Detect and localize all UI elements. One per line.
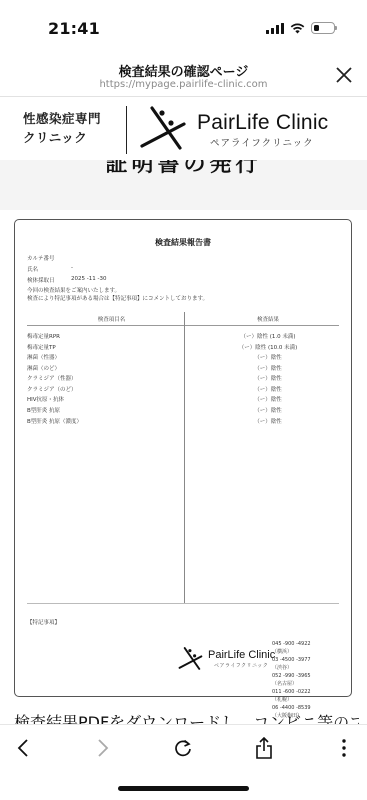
phone-entry: 011 -600 -0222（札幌） <box>272 688 351 704</box>
test-item-name: クラミジア（のど） <box>27 385 77 393</box>
table-row: クラミジア（のど） （ー）陰性 <box>27 385 339 395</box>
test-result: （ー）陰性 <box>197 395 339 403</box>
share-icon <box>255 737 273 759</box>
report-document: 検査結果報告書 カルテ番号 氏名 - 検体採取日 2025 -11 -30 今回… <box>14 219 352 697</box>
test-item-name: B型肝炎 抗原（濃度） <box>27 417 82 425</box>
phone-number: 06 -4400 -8539 <box>272 704 314 712</box>
phone-number: 011 -600 -0222 <box>272 688 314 696</box>
footer-logo-icon <box>178 647 206 671</box>
phone-number: 045 -900 -4922 <box>272 640 314 648</box>
test-item-name: 淋菌（のど） <box>27 364 60 372</box>
table-row: 淋菌（性器） （ー）陰性 <box>27 353 339 363</box>
phone-location: （名古屋） <box>272 680 314 688</box>
test-result: （ー）陰性 <box>197 417 339 425</box>
status-icons <box>266 22 335 34</box>
forward-button[interactable] <box>88 735 118 761</box>
column-header-result: 検査結果 <box>197 315 339 323</box>
phone-number: 03 -4500 -3977 <box>272 656 314 664</box>
name-label: 氏名 <box>27 265 38 273</box>
clinic-tagline: 性感染症専門 クリニック <box>23 109 101 147</box>
back-button[interactable] <box>8 735 38 761</box>
header-divider <box>126 106 127 154</box>
tagline-line-2: クリニック <box>23 128 101 147</box>
phone-location: （横浜） <box>272 648 314 656</box>
phone-location: （札幌） <box>272 696 314 704</box>
phone-number: 052 -990 -3965 <box>272 672 314 680</box>
test-item-name: 淋菌（性器） <box>27 353 60 361</box>
phone-entry: 03 -4500 -3977（渋谷） <box>272 656 351 672</box>
reload-button[interactable] <box>168 735 198 761</box>
phone-entry: 052 -990 -3965（名古屋） <box>272 672 351 688</box>
footer-logo-text: PairLife Clinic <box>208 649 275 661</box>
report-title: 検査結果報告書 <box>15 237 351 248</box>
test-item-name: クラミジア（性器） <box>27 374 77 382</box>
page-url[interactable]: https://mypage.pairlife-clinic.com <box>0 79 367 90</box>
test-result: （ー）陰性 <box>197 353 339 361</box>
test-result: （ー）陰性 <box>197 374 339 382</box>
battery-low-icon <box>311 22 335 34</box>
clinic-logo-text[interactable]: PairLife Clinic <box>197 111 328 135</box>
cellular-signal-icon <box>266 23 284 34</box>
footer-logo-subtext: ペアライフクリニック <box>214 662 268 669</box>
back-icon <box>16 738 30 758</box>
table-row: B型肝炎 抗原 （ー）陰性 <box>27 406 339 416</box>
tagline-line-1: 性感染症専門 <box>23 109 101 128</box>
test-item-name: 梅毒定量TP <box>27 343 56 351</box>
browser-url-header: 検査結果の確認ページ https://mypage.pairlife-clini… <box>0 52 367 97</box>
section-heading: 証明書の発行 <box>0 160 367 178</box>
table-bottom-rule <box>27 603 339 604</box>
close-icon <box>335 66 353 84</box>
test-item-name: 梅毒定量RPR <box>27 332 60 340</box>
phone-list: 045 -900 -4922（横浜） 03 -4500 -3977（渋谷） 05… <box>272 640 351 720</box>
table-row: HIV抗原・抗体 （ー）陰性 <box>27 395 339 405</box>
home-indicator[interactable] <box>118 786 249 791</box>
close-button[interactable] <box>335 66 353 84</box>
test-result: （ー）陰性 <box>197 406 339 414</box>
share-button[interactable] <box>249 735 279 761</box>
clinic-logo-icon[interactable] <box>140 106 192 152</box>
more-icon <box>341 738 347 758</box>
wifi-icon <box>290 23 305 34</box>
section-band: 証明書の発行 <box>0 160 367 210</box>
test-item-name: HIV抗原・抗体 <box>27 395 64 403</box>
reload-icon <box>173 738 193 758</box>
page-title: 検査結果の確認ページ <box>0 61 367 80</box>
more-button[interactable] <box>329 735 359 761</box>
test-result: （ー）陰性 <box>197 364 339 372</box>
name-value: - <box>71 265 73 271</box>
clinic-logo-subtext: ペアライフクリニック <box>210 135 314 149</box>
browser-toolbar <box>0 724 367 800</box>
notes-label: 【特記事項】 <box>27 618 60 626</box>
site-header: 性感染症専門 クリニック PairLife Clinic ペアライフクリニック <box>0 98 367 160</box>
status-bar: 21:41 <box>0 0 367 52</box>
table-row: クラミジア（性器） （ー）陰性 <box>27 374 339 384</box>
test-item-name: B型肝炎 抗原 <box>27 406 60 414</box>
results-table-header: 検査項目名 検査結果 <box>27 312 339 326</box>
phone-location: （渋谷） <box>272 664 314 672</box>
table-row: 梅毒定量RPR （ー）陰性 (1.0 未満) <box>27 332 339 342</box>
chart-number-label: カルテ番号 <box>27 254 55 262</box>
phone-entry: 045 -900 -4922（横浜） <box>272 640 351 656</box>
test-result: （ー）陰性 (10.0 未満) <box>197 343 339 351</box>
table-row: B型肝炎 抗原（濃度） （ー）陰性 <box>27 417 339 427</box>
forward-icon <box>96 738 110 758</box>
intro-line-2: 検査により特記事項がある場合は【特記事項】にコメントしております。 <box>27 295 208 304</box>
status-time: 21:41 <box>48 19 100 38</box>
sample-date-label: 検体採取日 <box>27 276 55 284</box>
column-header-item: 検査項目名 <box>27 315 196 323</box>
test-result: （ー）陰性 <box>197 385 339 393</box>
test-result: （ー）陰性 (1.0 未満) <box>197 332 339 340</box>
table-row: 梅毒定量TP （ー）陰性 (10.0 未満) <box>27 343 339 353</box>
sample-date-value: 2025 -11 -30 <box>71 276 106 282</box>
table-row: 淋菌（のど） （ー）陰性 <box>27 364 339 374</box>
